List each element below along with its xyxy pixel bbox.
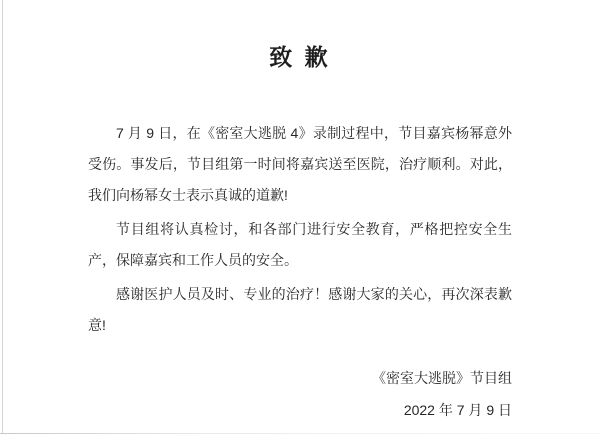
paragraph-safety-measures: 节目组将认真检讨，和各部门进行安全教育，严格把控安全生产，保障嘉宾和工作人员的安… [88, 214, 512, 276]
paragraph-thanks: 感谢医护人员及时、专业的治疗！感谢大家的关心，再次深表歉意! [88, 279, 512, 341]
signature-line: 《密室大逃脱》节目组 [88, 362, 512, 394]
page-left-border-line [2, 0, 3, 434]
document-body: 7 月 9 日，在《密室大逃脱 4》录制过程中，节目嘉宾杨幂意外受伤。事发后，节… [88, 118, 512, 341]
apology-statement-page: 致 歉 7 月 9 日，在《密室大逃脱 4》录制过程中，节目嘉宾杨幂意外受伤。事… [0, 0, 600, 444]
page-bottom-border-line [0, 433, 600, 434]
paragraph-incident: 7 月 9 日，在《密室大逃脱 4》录制过程中，节目嘉宾杨幂意外受伤。事发后，节… [88, 118, 512, 211]
document-title: 致 歉 [0, 0, 600, 69]
signature-block: 《密室大逃脱》节目组 2022 年 7 月 9 日 [88, 362, 512, 426]
date-line: 2022 年 7 月 9 日 [88, 394, 512, 426]
